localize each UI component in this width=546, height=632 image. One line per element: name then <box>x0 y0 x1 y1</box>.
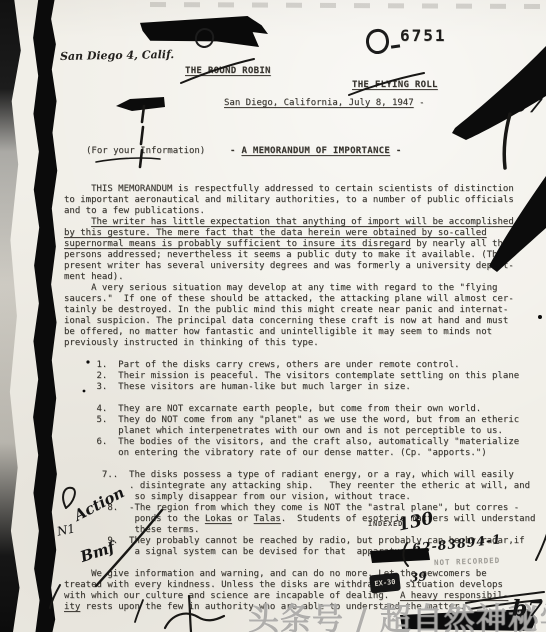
typed-segment: The writer has little expectation that a… <box>91 217 514 227</box>
typed-line: saucers." If one of these should be atta… <box>64 294 535 305</box>
typed-line: persons addressed; nevertheless it seems… <box>64 250 535 261</box>
typed-segment: to important aeronautical and military a… <box>64 195 514 205</box>
typed-segment: these terms. <box>64 525 199 535</box>
memo-title-prefix: - <box>230 146 241 156</box>
memo-title-text: A MEMORANDUM OF IMPORTANCE <box>241 146 390 156</box>
typed-line: be offered, no matter how fantastic and … <box>64 327 535 338</box>
typed-segment: 8. -The region from which they come is N… <box>64 503 519 513</box>
dateline-text: San Diego, California, July 8, 1947 <box>224 98 414 108</box>
typed-line: 2. Their mission is peaceful. The visito… <box>64 371 535 382</box>
typed-segment: ment head). <box>64 272 124 282</box>
typed-segment: 5. They do NOT come from any "planet" as… <box>64 415 519 425</box>
typed-segment: ity <box>64 602 80 612</box>
dateline-suffix: - <box>414 98 425 108</box>
typed-line: 8. -The region from which they come is N… <box>64 503 535 514</box>
ink-speck <box>538 315 542 319</box>
memo-title: - A MEMORANDUM OF IMPORTANCE - <box>230 146 402 156</box>
memo-title-suffix: - <box>390 146 401 156</box>
typed-line <box>64 459 535 470</box>
typed-segment: on entering the vibratory rate of our de… <box>64 448 487 458</box>
typed-line: supernormal means is probably sufficient… <box>64 239 535 250</box>
for-your-information-note: (For your Information) <box>86 146 205 156</box>
typed-segment: by nearly all the <box>411 239 509 249</box>
typed-line: by this gesture. The mere fact that the … <box>64 228 535 239</box>
publication-title-right: THE FLYING ROLL <box>352 80 438 90</box>
typed-segment: . disintegrate any attacking ship. They … <box>64 481 530 491</box>
typed-segment: by this gesture. The mere fact that the … <box>64 228 487 238</box>
handwritten-b7-bottom: b7 <box>512 595 544 622</box>
typed-segment: treated with every kindness. Unless the … <box>64 580 503 590</box>
typed-line: 5. They do NOT come from any "planet" as… <box>64 415 535 426</box>
typed-segment: THIS MEMORANDUM is respectfully addresse… <box>64 184 514 194</box>
typed-segment: 4. They are NOT excarnate earth people, … <box>64 404 481 414</box>
typed-segment: 6. The bodies of the visitors, and the c… <box>64 437 519 447</box>
typed-segment: persons addressed; nevertheless it seems… <box>64 250 503 260</box>
typed-segment <box>64 217 91 227</box>
binding-shadow-band <box>28 0 62 632</box>
typed-line: We give information and warning, and can… <box>64 569 535 580</box>
typed-line: . disintegrate any attacking ship. They … <box>64 481 535 492</box>
typed-segment: ional suspicion. The principal data conc… <box>64 316 508 326</box>
scan-streak <box>150 2 540 9</box>
pen-dashed-vertical-mark <box>140 106 144 167</box>
typed-segment: 2. Their mission is peaceful. The visito… <box>64 371 519 381</box>
typed-line: to important aeronautical and military a… <box>64 195 535 206</box>
typed-segment: saucers." If one of these should be atta… <box>64 294 514 304</box>
ex-30-stamp: EX-30 <box>369 572 401 593</box>
pen-cursive-bottom <box>165 614 224 628</box>
typed-line: ional suspicion. The principal data conc… <box>64 316 535 327</box>
typed-line: 7.. The disks possess a type of radiant … <box>64 470 535 481</box>
typed-segment: 7.. The disks possess a type of radiant … <box>64 470 514 480</box>
typed-line: ponds to the Lokas or Talas. Students of… <box>64 514 535 525</box>
pen-dash <box>391 44 400 48</box>
typed-line: so simply disappear from our vision, wit… <box>64 492 535 503</box>
typed-line: The writer has little expectation that a… <box>64 217 535 228</box>
watermark-text: 头条号 / 超自然神秘学 <box>248 594 546 632</box>
typed-line: 4. They are NOT excarnate earth people, … <box>64 404 535 415</box>
pen-stroke-vertical-top-right <box>504 114 510 168</box>
dateline: San Diego, California, July 8, 1947 - <box>224 98 425 108</box>
page-file-number: 6751 <box>400 26 447 45</box>
handwritten-b7-top: b7 <box>511 91 543 119</box>
typed-line: on entering the vibratory rate of our de… <box>64 448 535 459</box>
handwritten-39: 39 <box>409 569 427 584</box>
typed-line: 3. These visitors are human-like but muc… <box>64 382 535 393</box>
typed-segment: planet which interpenetrates with our ow… <box>64 426 503 436</box>
typed-segment: tainly be destroyed. In the public mind … <box>64 305 508 315</box>
typed-segment: be offered, no matter how fantastic and … <box>64 327 492 337</box>
typed-line: THIS MEMORANDUM is respectfully addresse… <box>64 184 535 195</box>
typed-line: planet which interpenetrates with our ow… <box>64 426 535 437</box>
typed-segment: 3. These visitors are human-like but muc… <box>64 382 411 392</box>
typed-segment: supernormal means is probably sufficient… <box>64 239 411 249</box>
ink-dash-mark <box>116 97 165 111</box>
city-received-stamp: San Diego 4, Calif. <box>60 48 174 63</box>
typed-line: ment head). <box>64 272 535 283</box>
hole-punch-circle-right <box>364 28 390 56</box>
pen-underline-for-info <box>96 158 160 162</box>
scanned-memorandum-page: San Diego 4, Calif. 6751 THE ROUND ROBIN… <box>0 0 546 632</box>
typed-segment: previously instructed in thinking of thi… <box>64 338 319 348</box>
scan-edge-band <box>0 0 26 632</box>
typed-line <box>64 349 535 360</box>
typed-line: present writer has several university de… <box>64 261 535 272</box>
typed-segment: Lokas <box>205 514 232 524</box>
typed-segment: 1. Part of the disks carry crews, others… <box>64 360 460 370</box>
typed-segment: or <box>232 514 254 524</box>
typed-line: 1. Part of the disks carry crews, others… <box>64 360 535 371</box>
pen-slash-right-edge <box>536 531 546 560</box>
typed-segment: and to a few publications. <box>64 206 205 216</box>
typed-line: A very serious situation may develop at … <box>64 283 535 294</box>
typed-line: tainly be destroyed. In the public mind … <box>64 305 535 316</box>
typed-line: previously instructed in thinking of thi… <box>64 338 535 349</box>
typed-segment: Talas <box>254 514 281 524</box>
publication-title-left: THE ROUND ROBIN <box>185 66 271 76</box>
typed-segment: present writer has several university de… <box>64 261 514 271</box>
typed-segment: A very serious situation may develop at … <box>64 283 497 293</box>
typed-line: and to a few publications. <box>64 206 535 217</box>
typed-line <box>64 393 535 404</box>
typed-line: 6. The bodies of the visitors, and the c… <box>64 437 535 448</box>
typed-line: treated with every kindness. Unless the … <box>64 580 535 591</box>
